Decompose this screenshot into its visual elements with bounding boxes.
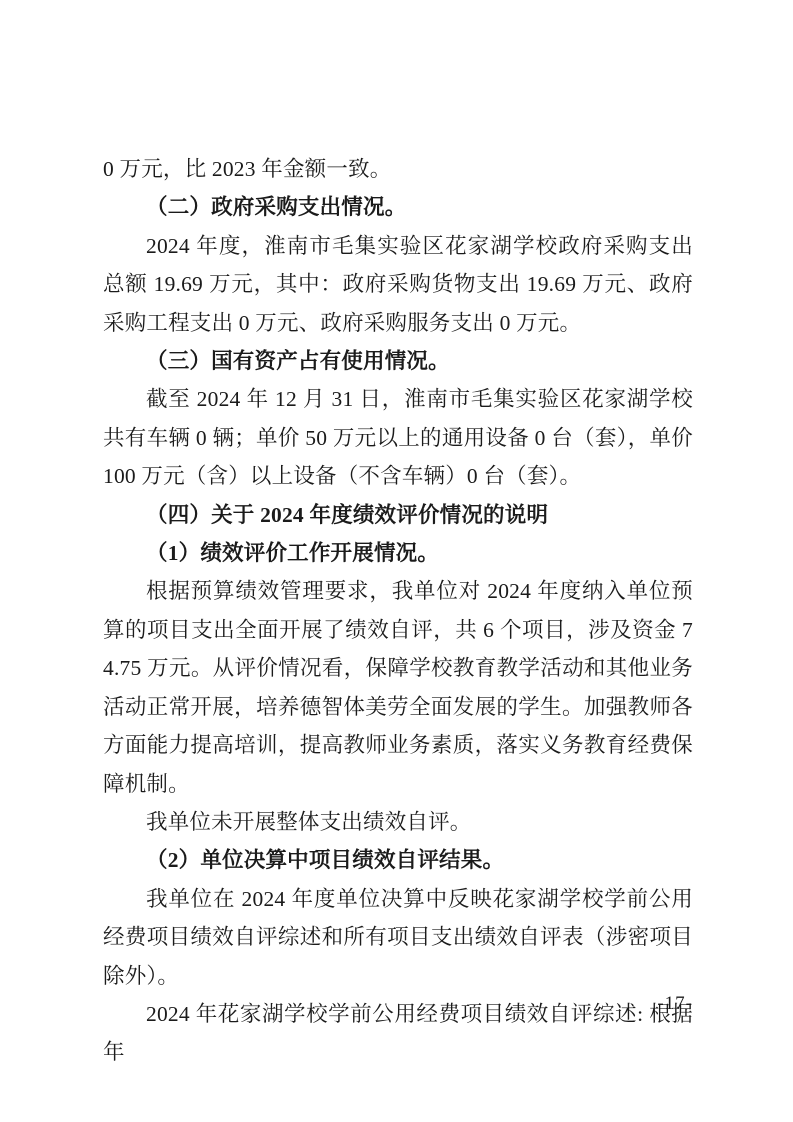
paragraph-evaluation-work: 根据预算绩效管理要求，我单位对 2024 年度纳入单位预算的项目支出全面开展了绩… [103, 572, 693, 802]
document-page: 0 万元，比 2023 年金额一致。 （二）政府采购支出情况。 2024 年度，… [0, 0, 793, 1122]
heading-state-assets: （三）国有资产占有使用情况。 [103, 342, 693, 380]
heading-gov-procurement: （二）政府采购支出情况。 [103, 188, 693, 226]
heading-self-eval-results: （2）单位决算中项目绩效自评结果。 [103, 841, 693, 879]
paragraph-state-assets: 截至 2024 年 12 月 31 日，淮南市毛集实验区花家湖学校共有车辆 0 … [103, 380, 693, 495]
document-body: 0 万元，比 2023 年金额一致。 （二）政府采购支出情况。 2024 年度，… [103, 150, 693, 1072]
heading-performance-evaluation: （四）关于 2024 年度绩效评价情况的说明 [103, 496, 693, 534]
paragraph-gov-procurement: 2024 年度，淮南市毛集实验区花家湖学校政府采购支出总额 19.69 万元，其… [103, 227, 693, 342]
paragraph-eval-summary: 2024 年花家湖学校学前公用经费项目绩效自评综述: 根据年 [103, 995, 693, 1072]
page-number: -17- [657, 993, 693, 1015]
heading-evaluation-work: （1）绩效评价工作开展情况。 [103, 534, 693, 572]
paragraph-self-eval-results: 我单位在 2024 年度单位决算中反映花家湖学校学前公用经费项目绩效自评综述和所… [103, 880, 693, 995]
continued-paragraph: 0 万元，比 2023 年金额一致。 [103, 150, 693, 188]
paragraph-no-overall-eval: 我单位未开展整体支出绩效自评。 [103, 803, 693, 841]
